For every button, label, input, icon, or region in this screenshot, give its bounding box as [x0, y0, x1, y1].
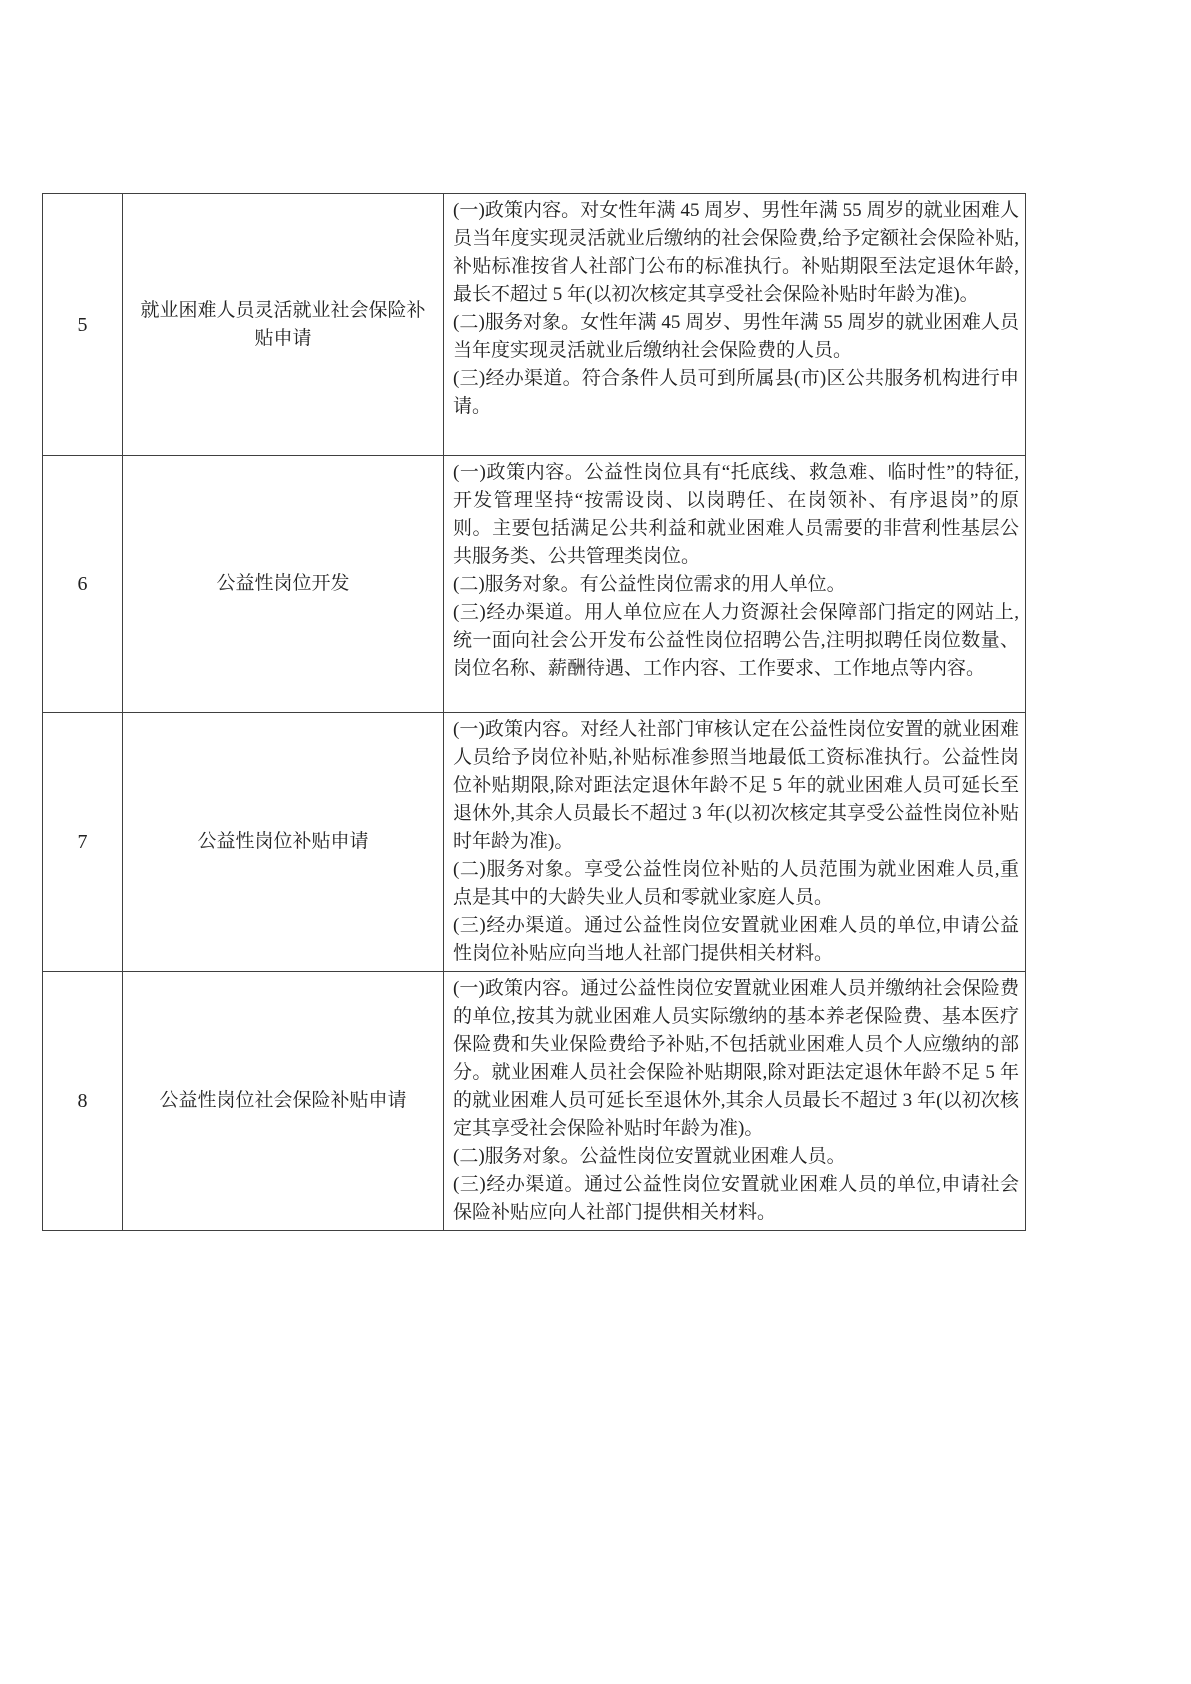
policy-paragraph: (一)政策内容。通过公益性岗位安置就业困难人员并缴纳社会保险费的单位,按其为就业… — [453, 975, 1019, 1143]
row-number: 7 — [43, 713, 123, 972]
row-number: 8 — [43, 972, 123, 1231]
service-target-paragraph: (二)服务对象。公益性岗位安置就业困难人员。 — [453, 1143, 1019, 1171]
table-row: 6 公益性岗位开发 (一)政策内容。公益性岗位具有“托底线、救急难、临时性”的特… — [43, 456, 1026, 713]
row-content: (一)政策内容。通过公益性岗位安置就业困难人员并缴纳社会保险费的单位,按其为就业… — [444, 972, 1026, 1231]
row-number: 6 — [43, 456, 123, 713]
service-target-paragraph: (二)服务对象。女性年满 45 周岁、男性年满 55 周岁的就业困难人员当年度实… — [453, 309, 1019, 365]
table-row: 5 就业困难人员灵活就业社会保险补贴申请 (一)政策内容。对女性年满 45 周岁… — [43, 194, 1026, 456]
row-title: 公益性岗位补贴申请 — [123, 713, 444, 972]
channel-paragraph: (三)经办渠道。用人单位应在人力资源社会保障部门指定的网站上,统一面向社会公开发… — [453, 599, 1019, 683]
document-page: { "page": { "background": "#ffffff", "te… — [0, 0, 1191, 1684]
table-row: 7 公益性岗位补贴申请 (一)政策内容。对经人社部门审核认定在公益性岗位安置的就… — [43, 713, 1026, 972]
table-row: 8 公益性岗位社会保险补贴申请 (一)政策内容。通过公益性岗位安置就业困难人员并… — [43, 972, 1026, 1231]
channel-paragraph: (三)经办渠道。通过公益性岗位安置就业困难人员的单位,申请公益性岗位补贴应向当地… — [453, 912, 1019, 968]
row-content: (一)政策内容。公益性岗位具有“托底线、救急难、临时性”的特征,开发管理坚持“按… — [444, 456, 1026, 713]
policy-paragraph: (一)政策内容。公益性岗位具有“托底线、救急难、临时性”的特征,开发管理坚持“按… — [453, 459, 1019, 571]
policy-paragraph: (一)政策内容。对女性年满 45 周岁、男性年满 55 周岁的就业困难人员当年度… — [453, 197, 1019, 309]
policy-table: 5 就业困难人员灵活就业社会保险补贴申请 (一)政策内容。对女性年满 45 周岁… — [42, 193, 1026, 1231]
row-number: 5 — [43, 194, 123, 456]
policy-paragraph: (一)政策内容。对经人社部门审核认定在公益性岗位安置的就业困难人员给予岗位补贴,… — [453, 716, 1019, 856]
channel-paragraph: (三)经办渠道。符合条件人员可到所属县(市)区公共服务机构进行申请。 — [453, 365, 1019, 421]
row-content: (一)政策内容。对女性年满 45 周岁、男性年满 55 周岁的就业困难人员当年度… — [444, 194, 1026, 456]
service-target-paragraph: (二)服务对象。有公益性岗位需求的用人单位。 — [453, 571, 1019, 599]
row-title: 就业困难人员灵活就业社会保险补贴申请 — [123, 194, 444, 456]
service-target-paragraph: (二)服务对象。享受公益性岗位补贴的人员范围为就业困难人员,重点是其中的大龄失业… — [453, 856, 1019, 912]
row-title: 公益性岗位社会保险补贴申请 — [123, 972, 444, 1231]
channel-paragraph: (三)经办渠道。通过公益性岗位安置就业困难人员的单位,申请社会保险补贴应向人社部… — [453, 1171, 1019, 1227]
row-content: (一)政策内容。对经人社部门审核认定在公益性岗位安置的就业困难人员给予岗位补贴,… — [444, 713, 1026, 972]
row-title: 公益性岗位开发 — [123, 456, 444, 713]
